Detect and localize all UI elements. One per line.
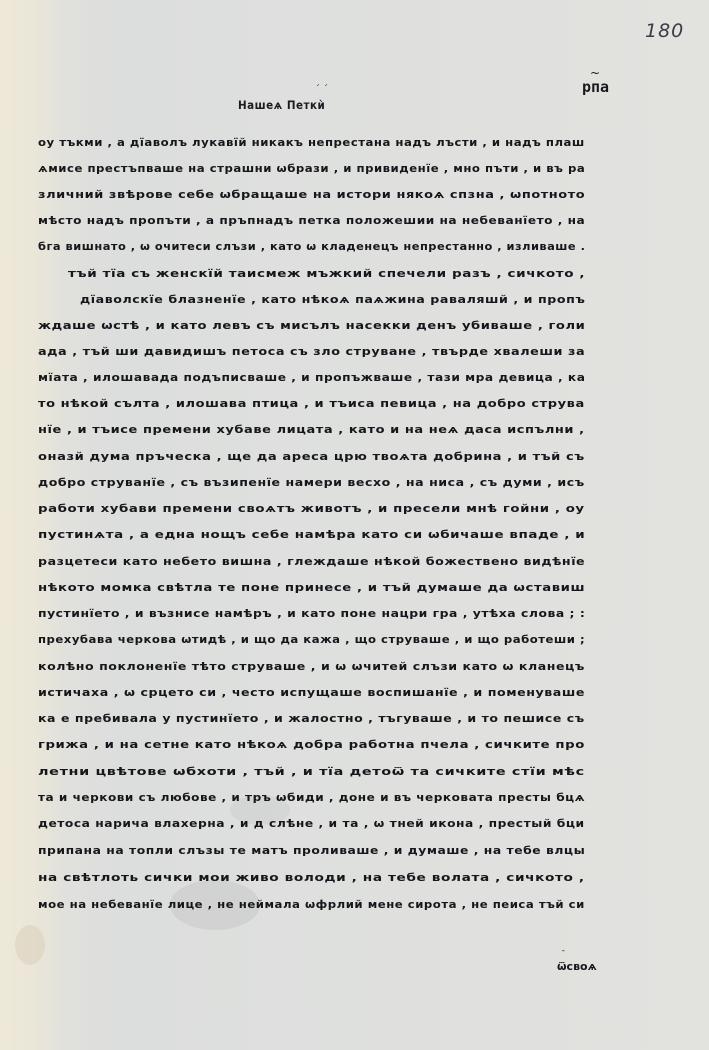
text-line: детоса нарича влахерна , и д слѣне , и т… (38, 818, 585, 830)
text-line: на свѣтлоть сички мои живо володи , на т… (38, 872, 585, 884)
manuscript-page: 180 ~ рпа ˊ ˊ Нашеѧ Петкѝ оу тъкми , а д… (0, 0, 709, 1050)
text-line: пустинїето , и възнисе намѣръ , и като п… (38, 608, 585, 620)
text-line: нѣкото момка свѣтла те поне принесе , и … (38, 582, 585, 594)
text-line: истичаха , ѡ срцето си , често испущаше … (38, 687, 585, 699)
text-line: та и черкови съ любове , и тръ ѡбиди , д… (38, 792, 585, 804)
cyrillic-page-number: рпа (582, 78, 609, 96)
text-line: зличний звѣрове себе ѡбращаше на истори … (38, 189, 585, 201)
text-line: то нѣкой сълта , илошава птица , и тъиса… (38, 398, 585, 410)
folio-number: 180 (645, 20, 684, 42)
page-gutter-shading (0, 0, 60, 1050)
text-line: летни цвѣтове ѡбхоти , тъй , и тїа детоѿ… (38, 766, 585, 778)
text-line: мѣсто надъ пропъти , а пръпнадъ петка по… (38, 215, 585, 227)
text-line: добро струванїе , съ възипенїе намери ве… (38, 477, 585, 489)
text-line: грижа , и на сетне като нѣкоѧ добра рабо… (38, 739, 585, 751)
text-line: дїаволскїе блазненїе , като нѣкоѧ паѧжин… (80, 294, 585, 306)
text-line: пустинѧта , а една нощъ себе намѣра като… (38, 529, 585, 541)
text-line: работи хубави премени своѧтъ животъ , и … (38, 503, 585, 515)
text-line: мїата , илошавада подъписваше , и пропъж… (38, 372, 586, 384)
text-line: ада , тъй ши давидишъ петоса съ зло стру… (38, 346, 585, 358)
text-line: припана на топли слъзы те матъ проливаше… (38, 845, 585, 857)
text-line: ѧмисе престъпваше на страшни ѡбрази , и … (38, 163, 585, 175)
accent-marks: ˊ ˊ (315, 84, 328, 95)
catchword: ѿсвоѧ (557, 960, 597, 973)
text-line: ждаше ѡстѣ , и като левъ съ мисълъ насек… (38, 320, 585, 332)
text-line: оназй дума пръческа , ще да ареса црю тв… (38, 451, 585, 463)
text-line: оу тъкми , а дїаволъ лукавїй никакъ непр… (38, 137, 585, 149)
text-line: колѣно поклоненїе тѣто струваше , и ѡ ѡч… (38, 661, 585, 673)
page-heading: Нашеѧ Петкѝ (238, 98, 325, 112)
text-line: разцетеси като небето вишна , глеждаше н… (38, 556, 585, 568)
text-line: прехубава черкова ѡтидѣ , и що да кажа ,… (38, 634, 585, 646)
titlo-mark: ˉ (561, 950, 566, 960)
text-line: тъй тїа съ женскїй таисмеж мъжкий спечел… (68, 268, 585, 280)
text-line: нїе , и тъисе премени хубаве лицата , ка… (38, 424, 585, 436)
text-line: ка е пребивала у пустинїето , и жалостно… (38, 713, 585, 725)
text-line: бга вишнато , ѡ очитеси слъзи , като ѡ к… (38, 241, 585, 253)
text-line: мое на небеванїе лице , не неймала ѡфрли… (38, 899, 585, 911)
